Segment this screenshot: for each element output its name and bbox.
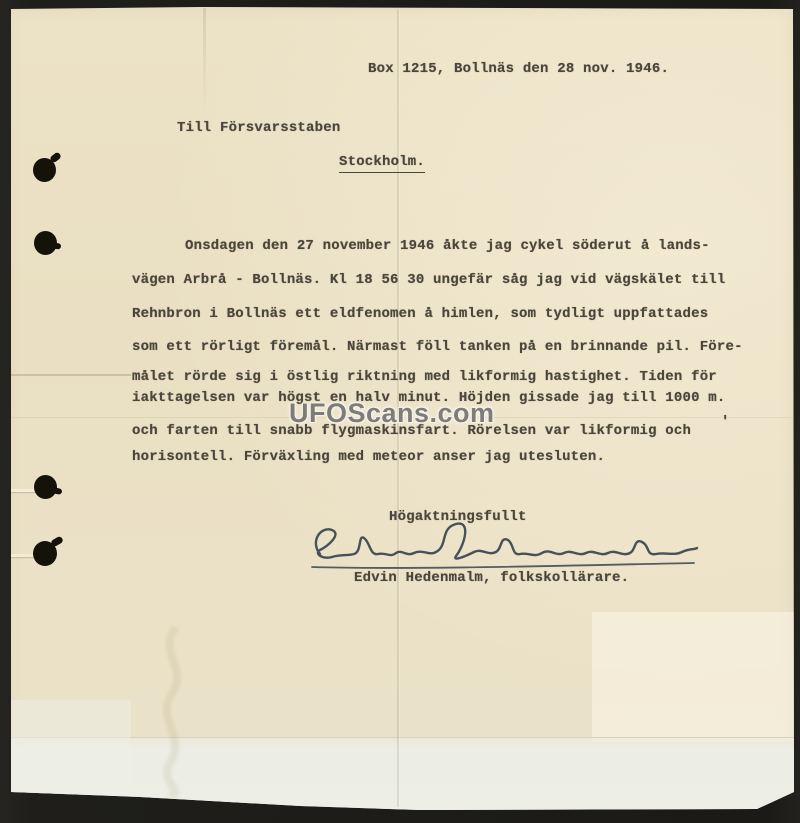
paper-shading-bottom-left (11, 700, 131, 795)
signature-stroke (316, 524, 697, 559)
recipient-city: Stockholm. (339, 154, 425, 173)
punch-hole (33, 541, 57, 566)
body-line: horisontell. Förväxling med meteor anser… (132, 449, 605, 466)
recipient-name: Till Försvarsstaben (177, 120, 340, 137)
punch-hole-tail (52, 242, 62, 249)
body-line: Rehnbron i Bollnäs ett eldfenomen å himl… (132, 306, 708, 323)
bleed-through-marks (138, 625, 208, 800)
body-line: Onsdagen den 27 november 1946 åkte jag c… (185, 238, 710, 255)
tear-mark (11, 489, 37, 492)
body-line: målet rörde sig i östlig riktning med li… (132, 369, 717, 386)
handwritten-signature (298, 516, 703, 576)
paper-streak-top (203, 8, 206, 113)
typed-signature-line: Edvin Hedenmalm, folkskollärare. (354, 570, 629, 587)
stray-apostrophe-mark: ' (721, 414, 730, 431)
watermark: UFOScans.com (289, 398, 495, 429)
punch-hole (33, 158, 56, 182)
punch-hole (34, 475, 57, 499)
punch-hole-tail (51, 487, 62, 495)
body-line: som ett rörligt föremål. Närmast föll ta… (132, 339, 743, 356)
paper-crease-horizontal (11, 374, 131, 376)
signature-underline (312, 563, 694, 568)
punch-hole (34, 231, 57, 255)
paper-shading-right (592, 612, 794, 742)
body-line: vägen Arbrå - Bollnäs. Kl 18 56 30 ungef… (132, 272, 726, 289)
date-line: Box 1215, Bollnäs den 28 nov. 1946. (368, 61, 669, 78)
scanned-letter: Box 1215, Bollnäs den 28 nov. 1946. Till… (0, 0, 800, 823)
